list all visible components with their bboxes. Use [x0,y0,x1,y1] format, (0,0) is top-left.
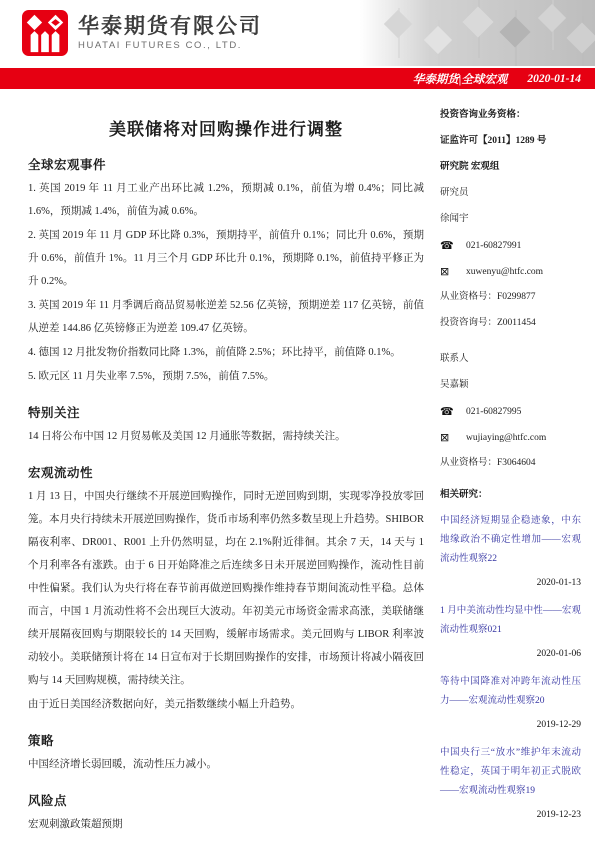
institute-group: 研究院 宏观组 [440,161,581,174]
company-name-en: HUATAI FUTURES CO., LTD. [78,39,262,52]
related-research-item: 中国经济短期显企稳迹象，中东地缘政治不确定性增加——宏观流动性观察22 2020… [440,512,581,588]
contact-email-row: ⊠ wujiaying@htfc.com [440,431,581,444]
related-research-date: 2020-01-13 [440,578,581,588]
related-research-link[interactable]: 1 月中美流动性均显中性——宏观流动性观察021 [440,602,581,640]
banner-date: 2020-01-14 [527,73,581,85]
huatai-logo-icon [22,10,68,56]
contact-name: 吴嘉颖 [440,379,581,392]
section-heading-global-macro-events: 全球宏观事件 [28,155,424,173]
risk-text: 宏观刺激政策超预期 [28,813,424,836]
researcher-phone: 021-60827991 [466,241,521,251]
macro-liquidity-paragraph: 由于近日美国经济数据向好，美元指数继续小幅上升趋势。 [28,693,424,716]
diamond-pattern-graphic [360,0,595,66]
qualification-number: 证监许可【2011】1289 号 [440,135,581,148]
macro-event-item: 1. 英国 2019 年 11 月工业产出环比减 1.2%，预期减 0.1%，前… [28,177,424,223]
related-research-item: 等待中国降准对冲跨年流动性压力——宏观流动性观察20 2019-12-29 [440,673,581,730]
contact-email[interactable]: wujiaying@htfc.com [466,433,546,443]
related-research-item: 中国央行三“放水”维护年末流动性稳定，英国于明年初正式脱欧——宏观流动性观察19… [440,744,581,820]
header-decoration [360,0,595,66]
researcher-email-row: ⊠ xuwenyu@htfc.com [440,265,581,278]
contact-cert-number: 从业资格号：F3064604 [440,457,581,470]
company-name-cn: 华泰期货有限公司 [78,15,262,39]
contact-phone: 021-60827995 [466,407,521,417]
researcher-email[interactable]: xuwenyu@htfc.com [466,267,543,277]
section-heading-risks: 风险点 [28,791,424,809]
researcher-cert-number: 从业资格号：F0299877 [440,291,581,304]
contact-phone-row: ☎ 021-60827995 [440,405,581,418]
phone-icon: ☎ [440,239,466,252]
email-icon: ⊠ [440,265,466,278]
section-heading-macro-liquidity: 宏观流动性 [28,463,424,481]
related-research-link[interactable]: 等待中国降准对冲跨年流动性压力——宏观流动性观察20 [440,673,581,711]
category-banner: 华泰期货|全球宏观 2020-01-14 [0,68,595,89]
related-research-link[interactable]: 中国经济短期显企稳迹象，中东地缘政治不确定性增加——宏观流动性观察22 [440,512,581,569]
special-focus-text: 14 日将公布中国 12 月贸易帐及美国 12 月通胀等数据，需持续关注。 [28,425,424,448]
contact-label: 联系人 [440,353,581,366]
researcher-label: 研究员 [440,187,581,200]
related-research-link[interactable]: 中国央行三“放水”维护年末流动性稳定，英国于明年初正式脱欧——宏观流动性观察19 [440,744,581,801]
section-heading-special-focus: 特别关注 [28,403,424,421]
report-title: 美联储将对回购操作进行调整 [28,115,424,140]
email-icon: ⊠ [440,431,466,444]
banner-category: 华泰期货|全球宏观 [413,71,508,87]
sidebar: 投资咨询业务资格： 证监许可【2011】1289 号 研究院 宏观组 研究员 徐… [440,89,581,837]
main-column: 美联储将对回购操作进行调整 全球宏观事件 1. 英国 2019 年 11 月工业… [28,89,440,837]
related-research-title: 相关研究： [440,486,581,500]
researcher-advisory-number: 投资咨询号：Z0011454 [440,317,581,330]
macro-event-item: 4. 德国 12 月批发物价指数同比降 1.3%，前值降 2.5%；环比持平，前… [28,341,424,364]
qualification-title: 投资咨询业务资格： [440,109,581,122]
section-heading-strategy: 策略 [28,731,424,749]
company-name: 华泰期货有限公司 HUATAI FUTURES CO., LTD. [78,15,262,52]
macro-event-item: 5. 欧元区 11 月失业率 7.5%，预期 7.5%，前值 7.5%。 [28,365,424,388]
researcher-name: 徐闻宇 [440,213,581,226]
strategy-text: 中国经济增长弱回暖，流动性压力减小。 [28,753,424,776]
report-page: 华泰期货有限公司 HUATAI FUTURES CO., LTD. 华泰期货|全… [0,0,595,842]
related-research-date: 2020-01-06 [440,649,581,659]
macro-event-item: 3. 英国 2019 年 11 月季调后商品贸易帐逆差 52.56 亿英镑，预期… [28,294,424,340]
macro-event-item: 2. 英国 2019 年 11 月 GDP 环比降 0.3%，预期持平，前值升 … [28,224,424,293]
related-research-item: 1 月中美流动性均显中性——宏观流动性观察021 2020-01-06 [440,602,581,659]
company-logo: 华泰期货有限公司 HUATAI FUTURES CO., LTD. [22,10,262,56]
report-header: 华泰期货有限公司 HUATAI FUTURES CO., LTD. [0,0,595,68]
related-research-date: 2019-12-23 [440,810,581,820]
researcher-phone-row: ☎ 021-60827991 [440,239,581,252]
phone-icon: ☎ [440,405,466,418]
related-research-date: 2019-12-29 [440,720,581,730]
macro-liquidity-paragraph: 1 月 13 日，中国央行继续不开展逆回购操作，同时无逆回购到期，实现零净投放零… [28,485,424,692]
